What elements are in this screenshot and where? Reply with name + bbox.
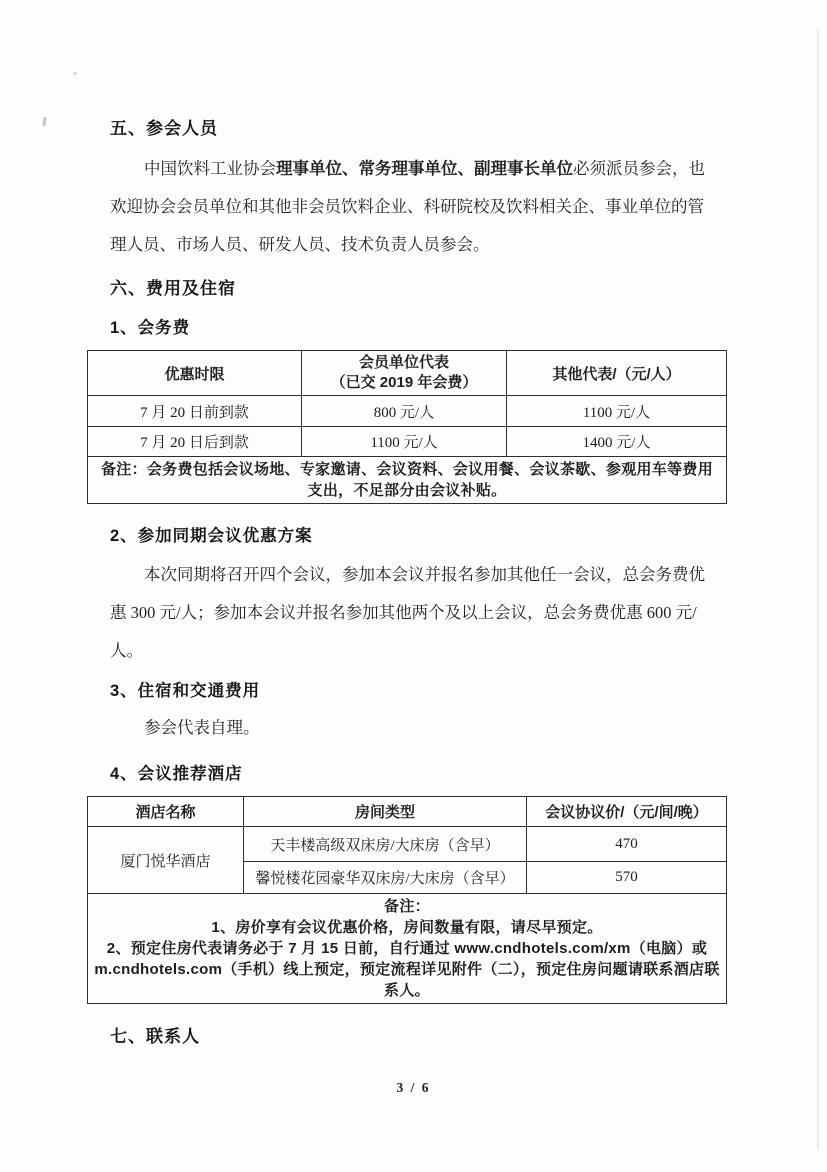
fee-header-other: 其他代表/（元/人） [507,351,727,396]
fee-cell-deadline: 7 月 20 日后到款 [88,427,302,457]
scan-speck [42,117,47,126]
subsection-3-heading: 3、住宿和交通费用 [110,677,260,701]
paragraph-text: 必须派员参会，也 [573,159,705,178]
room-price-cell: 570 [527,862,727,894]
fee-cell-member-price: 1100 元/人 [302,427,507,457]
fee-table-note-row: 备注：会务费包括会议场地、专家邀请、会议资料、会议用餐、会议茶歇、参观用车等费用… [88,457,727,504]
hotel-note-2: 2、预定住房代表请务必于 7 月 15 日前，自行通过 www.cndhotel… [94,938,720,1001]
section-7-heading: 七、联系人 [110,1022,200,1047]
concurrent-meeting-paragraph: 本次同期将召开四个会议，参加本会议并报名参加其他任一会议，总会务费优 惠 300… [110,556,760,670]
fee-cell-other-price: 1100 元/人 [507,396,727,427]
hotel-header-name: 酒店名称 [88,797,244,827]
hotel-table-note: 备注： 1、房价享有会议优惠价格，房间数量有限，请尽早预定。 2、预定住房代表请… [88,894,727,1004]
subsection-1-heading: 1、会务费 [110,314,190,338]
room-price-cell: 470 [527,827,727,862]
paragraph-bold-text: 理事单位、常务理事单位、副理事长单位 [276,160,573,178]
hotel-header-room-type: 房间类型 [244,797,527,827]
hotel-name-cell: 厦门悦华酒店 [88,827,244,894]
paragraph-line: 人。 [110,632,760,670]
fee-header-member: 会员单位代表 （已交 2019 年会费） [302,351,507,396]
paragraph-line: 惠 300 元/人；参加本会议并报名参加其他两个及以上会议，总会务费优惠 600… [110,594,760,632]
paragraph-line: 中国饮料工业协会理事单位、常务理事单位、副理事长单位必须派员参会，也 [110,150,760,188]
fee-table-header-row: 优惠时限 会员单位代表 （已交 2019 年会费） 其他代表/（元/人） [88,351,727,396]
room-type-cell: 馨悦楼花园豪华双床房/大床房（含早） [244,862,527,894]
subsection-2-heading: 2、参加同期会议优惠方案 [110,522,313,546]
fee-header-deadline: 优惠时限 [88,351,302,396]
paragraph-line: 理人员、市场人员、研发人员、技术负责人员参会。 [110,226,760,264]
fee-table: 优惠时限 会员单位代表 （已交 2019 年会费） 其他代表/（元/人） 7 月… [87,350,727,504]
fee-table-row: 7 月 20 日前到款 800 元/人 1100 元/人 [88,396,727,427]
fee-cell-deadline: 7 月 20 日前到款 [88,396,302,427]
participants-paragraph: 中国饮料工业协会理事单位、常务理事单位、副理事长单位必须派员参会，也 欢迎协会会… [110,150,760,264]
hotel-note-title: 备注： [94,896,720,917]
subsection-4-heading: 4、会议推荐酒店 [110,760,243,784]
page-number: 3 / 6 [0,1080,827,1096]
fee-header-member-line2: （已交 2019 年会费） [308,373,500,393]
hotel-header-price: 会议协议价/（元/间/晚） [527,797,727,827]
section-6-heading: 六、费用及住宿 [110,274,236,299]
section-5-heading: 五、参会人员 [110,114,218,139]
accommodation-paragraph: 参会代表自理。 [144,714,260,738]
scan-speck [73,72,77,75]
fee-header-member-line1: 会员单位代表 [308,353,500,373]
hotel-table-header-row: 酒店名称 房间类型 会议协议价/（元/间/晚） [88,797,727,827]
paragraph-line: 欢迎协会会员单位和其他非会员饮料企业、科研院校及饮料相关企、事业单位的管 [110,188,760,226]
fee-table-row: 7 月 20 日后到款 1100 元/人 1400 元/人 [88,427,727,457]
hotel-note-1: 1、房价享有会议优惠价格，房间数量有限，请尽早预定。 [94,917,720,938]
hotel-table-note-row: 备注： 1、房价享有会议优惠价格，房间数量有限，请尽早预定。 2、预定住房代表请… [88,894,727,1004]
room-type-cell: 天丰楼高级双床房/大床房（含早） [244,827,527,862]
paragraph-text: 中国饮料工业协会 [144,159,276,178]
document-page: 五、参会人员 中国饮料工业协会理事单位、常务理事单位、副理事长单位必须派员参会，… [0,0,827,1172]
hotel-table-row: 厦门悦华酒店 天丰楼高级双床房/大床房（含早） 470 [88,827,727,862]
scan-edge-line [817,30,819,1150]
fee-cell-member-price: 800 元/人 [302,396,507,427]
fee-cell-other-price: 1400 元/人 [507,427,727,457]
fee-table-note: 备注：会务费包括会议场地、专家邀请、会议资料、会议用餐、会议茶歇、参观用车等费用… [88,457,727,504]
hotel-table: 酒店名称 房间类型 会议协议价/（元/间/晚） 厦门悦华酒店 天丰楼高级双床房/… [87,796,727,1004]
paragraph-line: 本次同期将召开四个会议，参加本会议并报名参加其他任一会议，总会务费优 [110,556,760,594]
